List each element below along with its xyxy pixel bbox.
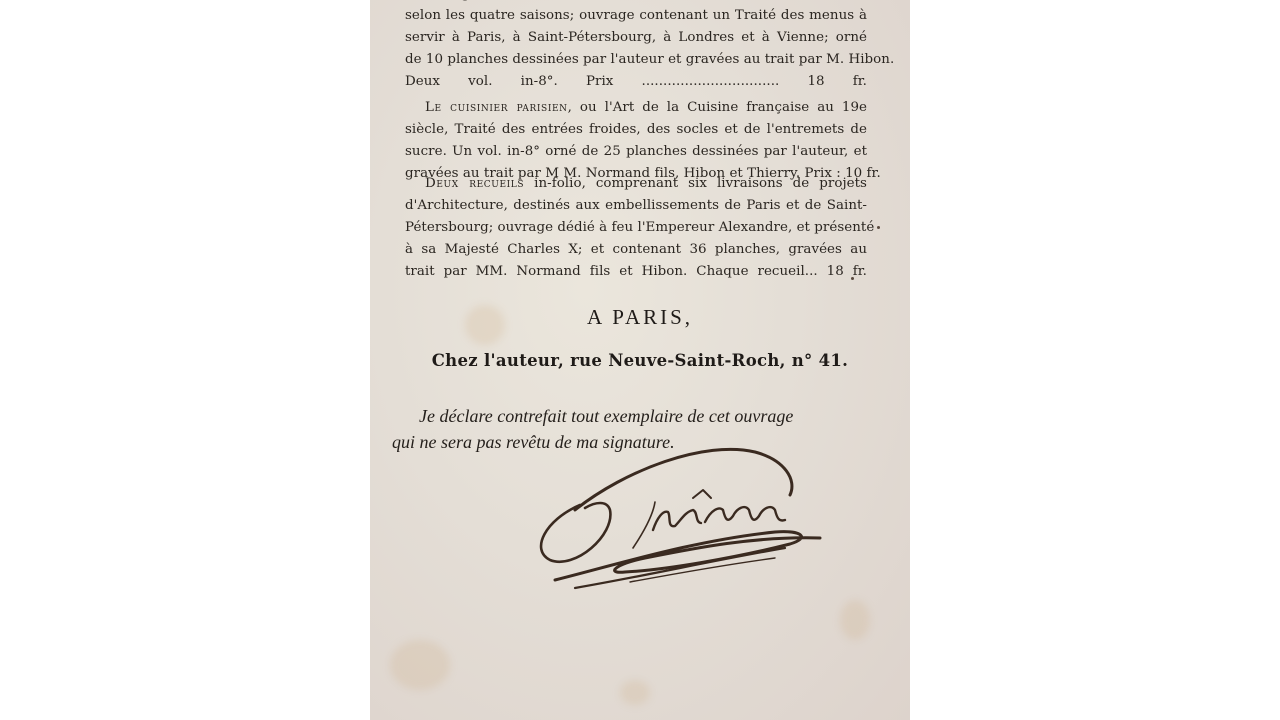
handwritten-signature — [535, 440, 835, 600]
speck — [877, 226, 880, 229]
image-stage: … ouvrage … servir … des menus, selon le… — [0, 0, 1280, 720]
price-line: trait par MM. Normand fils et Hibon. Cha… — [405, 261, 867, 283]
text-line: d'Architecture, destinés aux embellissem… — [405, 195, 867, 217]
text-line: siècle, Traité des entrées froides, des … — [405, 119, 867, 141]
text-line: Pétersbourg; ouvrage dédié à feu l'Emper… — [405, 217, 867, 239]
book-page: … ouvrage … servir … des menus, selon le… — [370, 0, 910, 720]
paragraph-cuisinier-parisien: Le cuisinier parisien, ou l'Art de la Cu… — [405, 97, 867, 185]
foxing-stain — [840, 600, 870, 640]
text-line: selon les quatre saisons; ouvrage conten… — [405, 5, 867, 27]
text-line: Deux recueils in-folio, comprenant six l… — [405, 173, 867, 195]
imprint-city: A PARIS, — [370, 305, 910, 330]
foxing-stain — [620, 680, 650, 705]
text-line: de 10 planches dessinées par l'auteur et… — [405, 49, 867, 71]
text-line: Le cuisinier parisien, ou l'Art de la Cu… — [405, 97, 867, 119]
price-line: Deux vol. in-8°. Prix ..................… — [405, 71, 867, 93]
foxing-stain — [390, 640, 450, 690]
paragraph-recueils: Deux recueils in-folio, comprenant six l… — [405, 173, 867, 283]
text-line: à sa Majesté Charles X; et contenant 36 … — [405, 239, 867, 261]
book-title: Le cuisinier parisien — [425, 100, 568, 115]
text-line: servir à Paris, à Saint-Pétersbourg, à L… — [405, 27, 867, 49]
text-line: sucre. Un vol. in-8° orné de 25 planches… — [405, 141, 867, 163]
book-title: Deux recueils — [425, 176, 524, 191]
paragraph-cuisinier-royal: selon les quatre saisons; ouvrage conten… — [405, 5, 867, 93]
imprint-address: Chez l'auteur, rue Neuve-Saint-Roch, n° … — [370, 351, 910, 370]
declaration-line-1: Je déclare contrefait tout exemplaire de… — [392, 403, 872, 429]
